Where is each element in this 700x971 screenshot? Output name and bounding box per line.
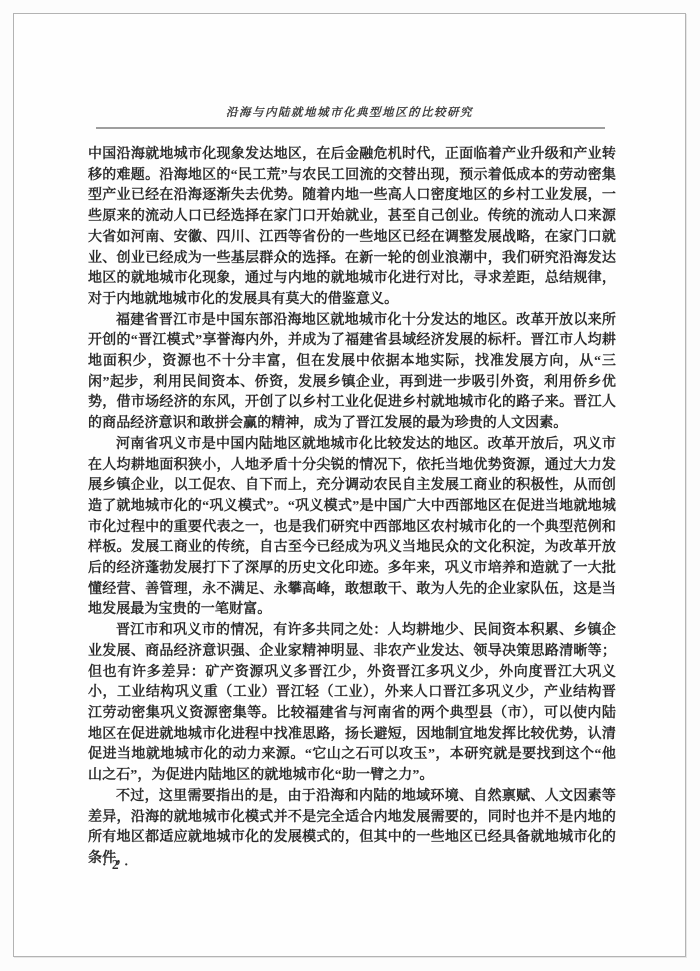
- paragraph-5: 不过，这里需要指出的是，由于沿海和内陆的地域环境、自然禀赋、人文因素等差异，沿海…: [88, 787, 616, 870]
- page-body: 中国沿海就地城市化现象发达地区，在后金融危机时代，正面临着产业升级和产业转移的难…: [88, 145, 616, 870]
- paragraph-3: 河南省巩义市是中国内陆地区就地城市化比较发达的地区。改革开放后，巩义市在人均耕地…: [88, 435, 616, 621]
- paragraph-2: 福建省晋江市是中国东部沿海地区就地城市化十分发达的地区。改革开放以来所开创的“晋…: [88, 311, 616, 435]
- header-rule: [96, 127, 605, 129]
- paragraph-4: 晋江市和巩义市的情况，有许多共同之处：人均耕地少、民间资本积累、乡镇企业发展、商…: [88, 621, 616, 787]
- paragraph-1: 中国沿海就地城市化现象发达地区，在后金融危机时代，正面临着产业升级和产业转移的难…: [88, 145, 616, 311]
- page-border-frame: 沿海与内陆就地城市化典型地区的比较研究 中国沿海就地城市化现象发达地区，在后金融…: [13, 13, 686, 957]
- page-number: · 2 ·: [102, 857, 130, 873]
- scanned-document-page: 沿海与内陆就地城市化典型地区的比较研究 中国沿海就地城市化现象发达地区，在后金融…: [0, 0, 700, 971]
- running-head-title: 沿海与内陆就地城市化典型地区的比较研究: [14, 104, 685, 120]
